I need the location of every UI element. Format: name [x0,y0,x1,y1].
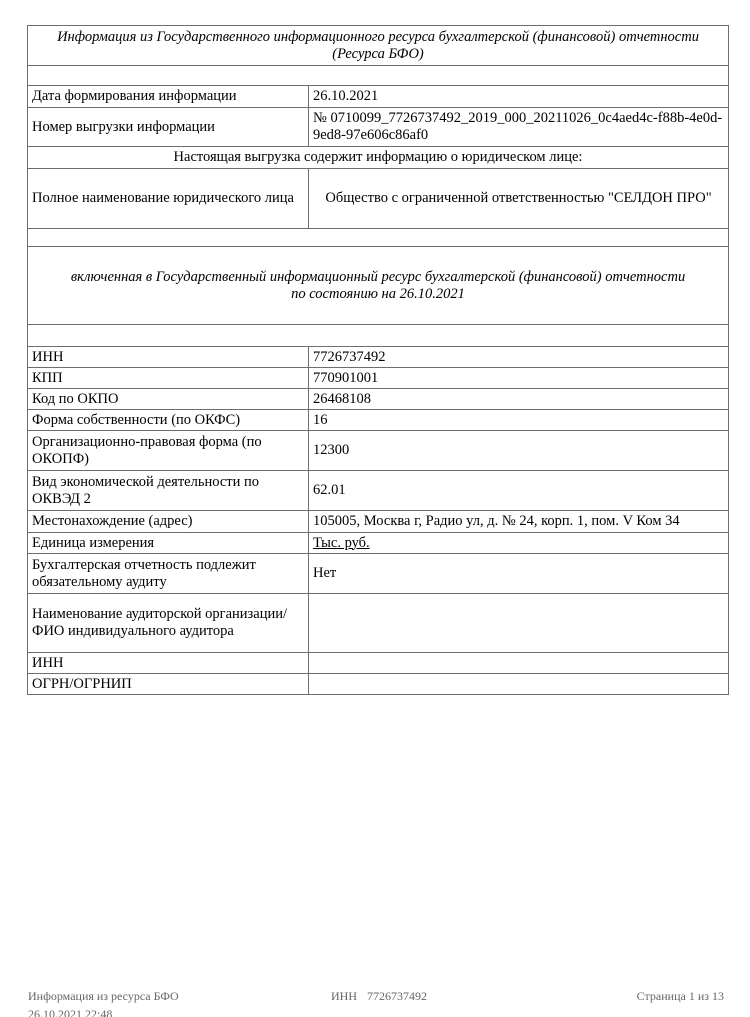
formation-date-label: Дата формирования информации [28,86,309,108]
info-row: Дата формирования информации 26.10.2021 [28,86,729,108]
footer-inn: ИНН7726737492 [331,989,427,1004]
kpp-label: КПП [28,368,309,389]
auditor-inn-label: ИНН [28,653,309,674]
entity-name-label: Полное наименование юридического лица [28,169,309,229]
entity-name-row: Полное наименование юридического лица Об… [28,169,729,229]
footer-inn-label: ИНН [331,989,357,1003]
okfs-label: Форма собственности (по ОКФС) [28,410,309,431]
kpp-value: 770901001 [309,368,729,389]
export-number-label: Номер выгрузки информации [28,108,309,147]
detail-row: ИНН 7726737492 [28,347,729,368]
entity-intro-row: Настоящая выгрузка содержит информацию о… [28,147,729,169]
detail-row: Вид экономической деятельности по ОКВЭД … [28,471,729,511]
auditor-ogrn-value [309,674,729,695]
address-label: Местонахождение (адрес) [28,511,309,533]
audit-required-value: Нет [309,554,729,594]
detail-row: ИНН [28,653,729,674]
unit-value: Тыс. руб. [309,533,729,554]
okved-value: 62.01 [309,471,729,511]
okved-label: Вид экономической деятельности по ОКВЭД … [28,471,309,511]
okpo-value: 26468108 [309,389,729,410]
entity-intro: Настоящая выгрузка содержит информацию о… [28,147,729,169]
detail-row: Организационно-правовая форма (по ОКОПФ)… [28,431,729,471]
auditor-ogrn-label: ОГРН/ОГРНИП [28,674,309,695]
okpo-label: Код по ОКПО [28,389,309,410]
footer-generated-timestamp: 26.10.2021 22:48 [28,1007,112,1017]
footer-source: Информация из ресурса БФО [28,989,179,1004]
auditor-inn-value [309,653,729,674]
detail-row: Форма собственности (по ОКФС) 16 [28,410,729,431]
spacer-row [28,325,729,347]
spacer-row [28,66,729,86]
spacer-row [28,229,729,247]
detail-row: Код по ОКПО 26468108 [28,389,729,410]
title-row: Информация из Государственного информаци… [28,26,729,66]
inn-label: ИНН [28,347,309,368]
address-value: 105005, Москва г, Радио ул, д. № 24, кор… [309,511,729,533]
audit-required-label: Бухгалтерская отчетность подлежит обязат… [28,554,309,594]
document-title: Информация из Государственного информаци… [28,26,729,66]
detail-row: КПП 770901001 [28,368,729,389]
okopf-value: 12300 [309,431,729,471]
detail-row: Бухгалтерская отчетность подлежит обязат… [28,554,729,594]
unit-label: Единица измерения [28,533,309,554]
formation-date-value: 26.10.2021 [309,86,729,108]
footer-inn-value: 7726737492 [367,989,427,1003]
info-row: Номер выгрузки информации № 0710099_7726… [28,108,729,147]
bfo-info-table: Информация из Государственного информаци… [27,25,729,695]
export-number-value: № 0710099_7726737492_2019_000_20211026_0… [309,108,729,147]
auditor-name-label: Наименование аудиторской организации/ФИО… [28,594,309,653]
inn-value: 7726737492 [309,347,729,368]
detail-row: Местонахождение (адрес) 105005, Москва г… [28,511,729,533]
included-row: включенная в Государственный информацион… [28,247,729,325]
okfs-value: 16 [309,410,729,431]
footer-page-number: Страница 1 из 13 [637,989,724,1004]
okopf-label: Организационно-правовая форма (по ОКОПФ) [28,431,309,471]
detail-row: Единица измерения Тыс. руб. [28,533,729,554]
entity-name-value: Общество с ограниченной ответственностью… [309,169,729,229]
included-statement: включенная в Государственный информацион… [28,247,729,325]
detail-row: ОГРН/ОГРНИП [28,674,729,695]
auditor-name-value [309,594,729,653]
detail-row: Наименование аудиторской организации/ФИО… [28,594,729,653]
